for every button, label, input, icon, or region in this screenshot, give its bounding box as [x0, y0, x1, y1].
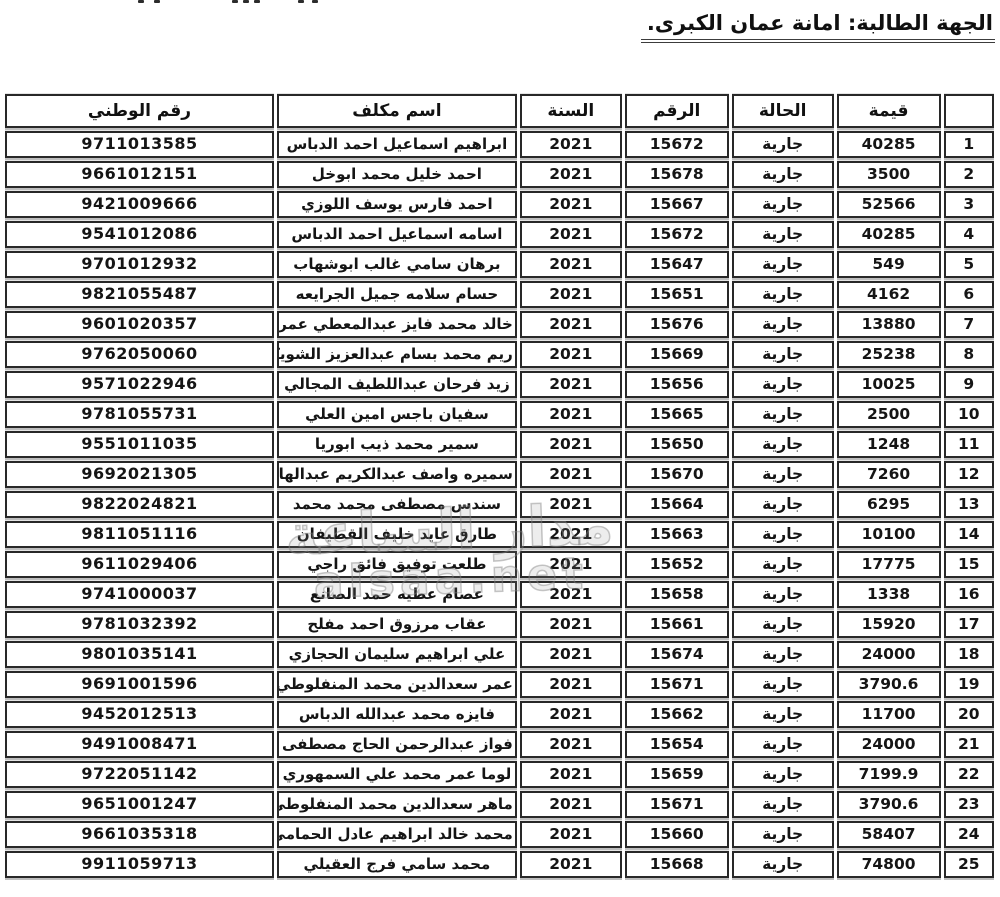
cell-name: علي ابراهيم سليمان الحجازي — [277, 641, 517, 668]
cell-number: 15671 — [625, 671, 729, 698]
cell-national-id: 9541012086 — [5, 221, 274, 248]
cell-index: 9 — [944, 371, 994, 398]
cell-name: خالد محمد فايز عبدالمعطي عمرو — [277, 311, 517, 338]
cell-index: 17 — [944, 611, 994, 638]
cell-value: 4162 — [837, 281, 941, 308]
cell-value: 24000 — [837, 641, 941, 668]
cell-status: جارية — [732, 611, 834, 638]
cell-name: سميره واصف عبدالكريم عبدالهادي — [277, 461, 517, 488]
cell-index: 12 — [944, 461, 994, 488]
cell-index: 21 — [944, 731, 994, 758]
scanned-document-page: { "page": { "title": "الجهة الطالبة: اما… — [0, 0, 1000, 897]
cell-status: جارية — [732, 701, 834, 728]
table-row: 2 3500 جارية 15678 2021 احمد خليل محمد ا… — [5, 161, 994, 188]
cell-name: احمد خليل محمد ابوخل — [277, 161, 517, 188]
cell-national-id: 9762050060 — [5, 341, 274, 368]
cell-value: 25238 — [837, 341, 941, 368]
cell-value: 1338 — [837, 581, 941, 608]
cell-national-id: 9701012932 — [5, 251, 274, 278]
cell-value: 74800 — [837, 851, 941, 878]
cell-national-id: 9551011035 — [5, 431, 274, 458]
cell-name: طارق عايد خليف القطيفان — [277, 521, 517, 548]
cell-national-id: 9692021305 — [5, 461, 274, 488]
cell-value: 549 — [837, 251, 941, 278]
cell-number: 15667 — [625, 191, 729, 218]
cell-year: 2021 — [520, 611, 622, 638]
cell-year: 2021 — [520, 491, 622, 518]
cell-status: جارية — [732, 671, 834, 698]
cell-index: 15 — [944, 551, 994, 578]
cell-number: 15678 — [625, 161, 729, 188]
cell-status: جارية — [732, 521, 834, 548]
cell-number: 15671 — [625, 791, 729, 818]
cell-value: 40285 — [837, 131, 941, 158]
cell-index: 18 — [944, 641, 994, 668]
cell-name: سندس مصطفى محمد محمد — [277, 491, 517, 518]
cell-number: 15672 — [625, 221, 729, 248]
cell-number: 15658 — [625, 581, 729, 608]
cell-index: 10 — [944, 401, 994, 428]
cell-national-id: 9911059713 — [5, 851, 274, 878]
table-row: 4 40285 جارية 15672 2021 اسامه اسماعيل ا… — [5, 221, 994, 248]
cell-number: 15669 — [625, 341, 729, 368]
cell-year: 2021 — [520, 641, 622, 668]
cell-name: عصام عطيه حمد الصانع — [277, 581, 517, 608]
cell-number: 15656 — [625, 371, 729, 398]
table-row: 25 74800 جارية 15668 2021 محمد سامي فرج … — [5, 851, 994, 878]
cell-number: 15647 — [625, 251, 729, 278]
cell-status: جارية — [732, 341, 834, 368]
table-row: 22 7199.9 جارية 15659 2021 لوما عمر محمد… — [5, 761, 994, 788]
cell-value: 1248 — [837, 431, 941, 458]
cell-index: 19 — [944, 671, 994, 698]
cell-national-id: 9452012513 — [5, 701, 274, 728]
cell-national-id: 9421009666 — [5, 191, 274, 218]
cell-year: 2021 — [520, 701, 622, 728]
cell-national-id: 9611029406 — [5, 551, 274, 578]
cell-national-id: 9711013585 — [5, 131, 274, 158]
table-row: 15 17775 جارية 15652 2021 طلعت توفيق فائ… — [5, 551, 994, 578]
cell-status: جارية — [732, 371, 834, 398]
cell-index: 1 — [944, 131, 994, 158]
header-national-id: رقم الوطني — [5, 94, 274, 128]
cell-year: 2021 — [520, 191, 622, 218]
cell-number: 15668 — [625, 851, 729, 878]
cell-name: ماهر سعدالدين محمد المنفلوطي — [277, 791, 517, 818]
cell-name: لوما عمر محمد علي السمهوري — [277, 761, 517, 788]
cell-status: جارية — [732, 131, 834, 158]
cell-year: 2021 — [520, 461, 622, 488]
cell-number: 15670 — [625, 461, 729, 488]
cell-number: 15663 — [625, 521, 729, 548]
table-row: 11 1248 جارية 15650 2021 سمير محمد ذيب ا… — [5, 431, 994, 458]
cell-value: 10025 — [837, 371, 941, 398]
table-row: 12 7260 جارية 15670 2021 سميره واصف عبدا… — [5, 461, 994, 488]
cell-year: 2021 — [520, 161, 622, 188]
cell-status: جارية — [732, 431, 834, 458]
cell-index: 3 — [944, 191, 994, 218]
cell-year: 2021 — [520, 671, 622, 698]
cell-value: 3790.6 — [837, 791, 941, 818]
table-row: 13 6295 جارية 15664 2021 سندس مصطفى محمد… — [5, 491, 994, 518]
cell-index: 20 — [944, 701, 994, 728]
table-row: 18 24000 جارية 15674 2021 علي ابراهيم سل… — [5, 641, 994, 668]
table-row: 9 10025 جارية 15656 2021 زيد فرحان عبدال… — [5, 371, 994, 398]
cell-national-id: 9661012151 — [5, 161, 274, 188]
cell-index: 25 — [944, 851, 994, 878]
cell-year: 2021 — [520, 431, 622, 458]
cropped-text-remnant — [154, 0, 160, 3]
cell-name: ابراهيم اسماعيل احمد الدباس — [277, 131, 517, 158]
cell-national-id: 9781055731 — [5, 401, 274, 428]
cell-index: 4 — [944, 221, 994, 248]
cell-national-id: 9491008471 — [5, 731, 274, 758]
cell-status: جارية — [732, 491, 834, 518]
cell-number: 15650 — [625, 431, 729, 458]
cell-value: 13880 — [837, 311, 941, 338]
cell-year: 2021 — [520, 401, 622, 428]
cropped-text-remnant — [138, 0, 144, 3]
cell-year: 2021 — [520, 131, 622, 158]
cell-status: جارية — [732, 851, 834, 878]
cell-status: جارية — [732, 311, 834, 338]
cell-number: 15674 — [625, 641, 729, 668]
table-row: 24 58407 جارية 15660 2021 محمد خالد ابرا… — [5, 821, 994, 848]
cell-year: 2021 — [520, 761, 622, 788]
cell-index: 23 — [944, 791, 994, 818]
cell-status: جارية — [732, 221, 834, 248]
cell-status: جارية — [732, 731, 834, 758]
header-value: قيمة — [837, 94, 941, 128]
header-year: السنة — [520, 94, 622, 128]
cell-status: جارية — [732, 401, 834, 428]
cell-year: 2021 — [520, 311, 622, 338]
cell-index: 13 — [944, 491, 994, 518]
cell-number: 15672 — [625, 131, 729, 158]
table-header-row: قيمة الحالة الرقم السنة اسم مكلف رقم الو… — [5, 94, 994, 128]
cell-name: فايزه محمد عبدالله الدباس — [277, 701, 517, 728]
cell-year: 2021 — [520, 281, 622, 308]
cell-national-id: 9801035141 — [5, 641, 274, 668]
cell-status: جارية — [732, 761, 834, 788]
cell-national-id: 9651001247 — [5, 791, 274, 818]
cell-status: جارية — [732, 191, 834, 218]
cell-name: احمد فارس يوسف اللوزي — [277, 191, 517, 218]
cell-number: 15664 — [625, 491, 729, 518]
table-row: 17 15920 جارية 15661 2021 عقاب مرزوق احم… — [5, 611, 994, 638]
cell-number: 15661 — [625, 611, 729, 638]
cropped-text-remnant — [232, 0, 238, 3]
header-number: الرقم — [625, 94, 729, 128]
cell-number: 15676 — [625, 311, 729, 338]
cropped-text-remnant — [254, 0, 260, 3]
cell-value: 6295 — [837, 491, 941, 518]
cell-national-id: 9822024821 — [5, 491, 274, 518]
claims-table: قيمة الحالة الرقم السنة اسم مكلف رقم الو… — [2, 91, 997, 881]
header-status: الحالة — [732, 94, 834, 128]
table-row: 3 52566 جارية 15667 2021 احمد فارس يوسف … — [5, 191, 994, 218]
cell-name: برهان سامي غالب ابوشهاب — [277, 251, 517, 278]
cell-year: 2021 — [520, 371, 622, 398]
table-row: 6 4162 جارية 15651 2021 حسام سلامه جميل … — [5, 281, 994, 308]
table-row: 7 13880 جارية 15676 2021 خالد محمد فايز … — [5, 311, 994, 338]
cell-name: عمر سعدالدين محمد المنفلوطي — [277, 671, 517, 698]
cell-index: 7 — [944, 311, 994, 338]
cell-national-id: 9661035318 — [5, 821, 274, 848]
cell-name: سفيان باجس امين العلي — [277, 401, 517, 428]
table-row: 1 40285 جارية 15672 2021 ابراهيم اسماعيل… — [5, 131, 994, 158]
cell-year: 2021 — [520, 341, 622, 368]
table-row: 14 10100 جارية 15663 2021 طارق عايد خليف… — [5, 521, 994, 548]
cell-number: 15662 — [625, 701, 729, 728]
cell-name: اسامه اسماعيل احمد الدباس — [277, 221, 517, 248]
cell-status: جارية — [732, 161, 834, 188]
cell-year: 2021 — [520, 581, 622, 608]
cell-name: طلعت توفيق فائق راجي — [277, 551, 517, 578]
requesting-entity-title: الجهة الطالبة: امانة عمان الكبرى. — [641, 11, 995, 43]
cell-name: محمد سامي فرج العقيلي — [277, 851, 517, 878]
cell-status: جارية — [732, 821, 834, 848]
cell-national-id: 9722051142 — [5, 761, 274, 788]
cell-status: جارية — [732, 551, 834, 578]
cell-status: جارية — [732, 251, 834, 278]
cell-name: ريم محمد بسام عبدالعزيز الشويكي — [277, 341, 517, 368]
cell-national-id: 9811051116 — [5, 521, 274, 548]
cell-year: 2021 — [520, 731, 622, 758]
cell-name: محمد خالد ابراهيم عادل الحمامي — [277, 821, 517, 848]
cell-value: 40285 — [837, 221, 941, 248]
cell-index: 14 — [944, 521, 994, 548]
cell-number: 15665 — [625, 401, 729, 428]
cell-year: 2021 — [520, 521, 622, 548]
cell-value: 3790.6 — [837, 671, 941, 698]
cell-value: 2500 — [837, 401, 941, 428]
cell-name: زيد فرحان عبداللطيف المجالي — [277, 371, 517, 398]
cell-year: 2021 — [520, 251, 622, 278]
cell-national-id: 9691001596 — [5, 671, 274, 698]
cell-year: 2021 — [520, 221, 622, 248]
cell-name: عقاب مرزوق احمد مفلح — [277, 611, 517, 638]
cell-number: 15651 — [625, 281, 729, 308]
table-row: 8 25238 جارية 15669 2021 ريم محمد بسام ع… — [5, 341, 994, 368]
cell-value: 10100 — [837, 521, 941, 548]
cell-number: 15659 — [625, 761, 729, 788]
cell-index: 5 — [944, 251, 994, 278]
cell-national-id: 9601020357 — [5, 311, 274, 338]
cell-national-id: 9781032392 — [5, 611, 274, 638]
cell-index: 2 — [944, 161, 994, 188]
cell-national-id: 9741000037 — [5, 581, 274, 608]
cell-national-id: 9571022946 — [5, 371, 274, 398]
table-row: 19 3790.6 جارية 15671 2021 عمر سعدالدين … — [5, 671, 994, 698]
cell-name: حسام سلامه جميل الجرايعه — [277, 281, 517, 308]
cell-value: 11700 — [837, 701, 941, 728]
cell-status: جارية — [732, 581, 834, 608]
table-row: 5 549 جارية 15647 2021 برهان سامي غالب ا… — [5, 251, 994, 278]
cell-index: 16 — [944, 581, 994, 608]
cell-value: 52566 — [837, 191, 941, 218]
cell-year: 2021 — [520, 551, 622, 578]
cell-index: 6 — [944, 281, 994, 308]
cell-value: 7199.9 — [837, 761, 941, 788]
cell-name: فواز عبدالرحمن الحاج مصطفى البكري — [277, 731, 517, 758]
cropped-text-remnant — [298, 0, 304, 3]
header-index — [944, 94, 994, 128]
cell-value: 24000 — [837, 731, 941, 758]
cell-value: 15920 — [837, 611, 941, 638]
cell-index: 24 — [944, 821, 994, 848]
cell-value: 58407 — [837, 821, 941, 848]
table-row: 23 3790.6 جارية 15671 2021 ماهر سعدالدين… — [5, 791, 994, 818]
cell-status: جارية — [732, 791, 834, 818]
cell-status: جارية — [732, 641, 834, 668]
header-name: اسم مكلف — [277, 94, 517, 128]
cell-index: 22 — [944, 761, 994, 788]
cell-index: 11 — [944, 431, 994, 458]
cell-name: سمير محمد ذيب ابوريا — [277, 431, 517, 458]
cell-status: جارية — [732, 281, 834, 308]
table-row: 20 11700 جارية 15662 2021 فايزه محمد عبد… — [5, 701, 994, 728]
cell-value: 3500 — [837, 161, 941, 188]
cell-year: 2021 — [520, 851, 622, 878]
cell-status: جارية — [732, 461, 834, 488]
cell-year: 2021 — [520, 821, 622, 848]
table-row: 21 24000 جارية 15654 2021 فواز عبدالرحمن… — [5, 731, 994, 758]
table-row: 10 2500 جارية 15665 2021 سفيان باجس امين… — [5, 401, 994, 428]
cropped-text-remnant — [312, 0, 318, 3]
cell-number: 15654 — [625, 731, 729, 758]
cell-value: 17775 — [837, 551, 941, 578]
table-row: 16 1338 جارية 15658 2021 عصام عطيه حمد ا… — [5, 581, 994, 608]
cropped-text-remnant — [243, 0, 249, 3]
cell-year: 2021 — [520, 791, 622, 818]
cell-number: 15652 — [625, 551, 729, 578]
cell-value: 7260 — [837, 461, 941, 488]
cell-number: 15660 — [625, 821, 729, 848]
cell-national-id: 9821055487 — [5, 281, 274, 308]
cell-index: 8 — [944, 341, 994, 368]
